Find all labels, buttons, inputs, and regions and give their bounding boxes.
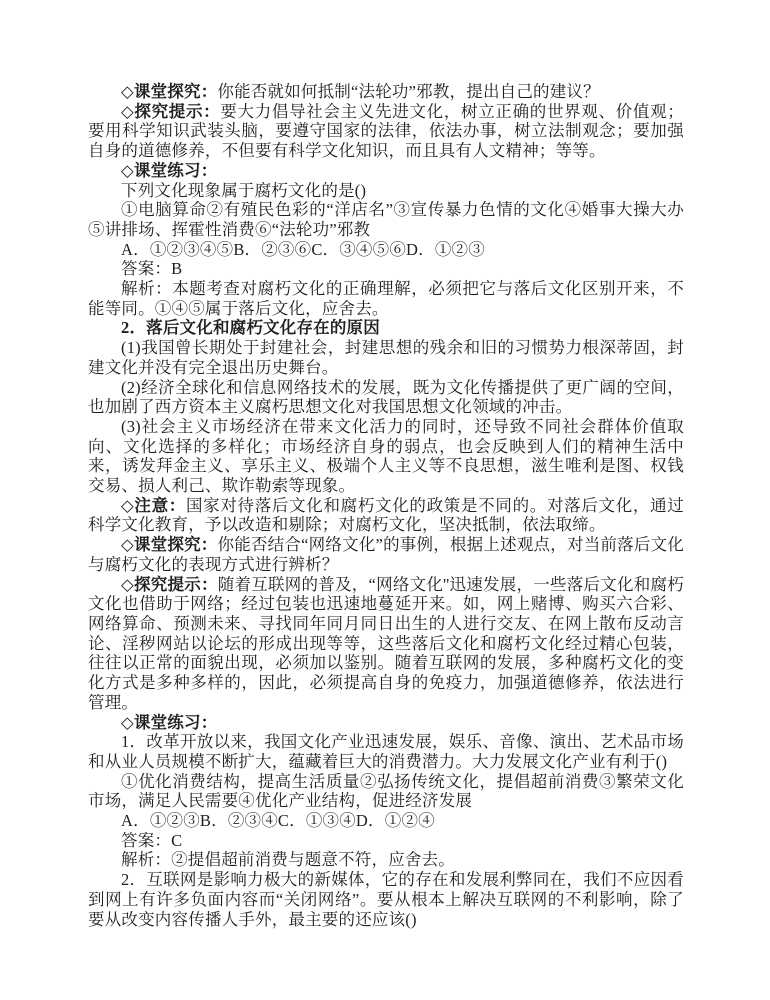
- paragraph: A．①②③④⑤B．②③⑥C．③④⑤⑥D．①②③: [88, 240, 684, 260]
- paragraph-text: (2)经济全球化和信息网络技术的发展，既为文化传播提供了更广阔的空间，也加剧了西…: [88, 378, 684, 417]
- section-heading: 2．落后文化和腐朽文化存在的原因: [88, 318, 684, 338]
- paragraph: ◇探究提示：要大力倡导社会主义先进文化，树立正确的世界观、价值观；要用科学知识武…: [88, 102, 684, 161]
- paragraph: ①优化消费结构，提高生活质量②弘扬传统文化，提倡超前消费③繁荣文化市场，满足人民…: [88, 772, 684, 811]
- document-page: ◇课堂探究：你能否就如何抵制“法轮功”邪教，提出自己的建议？◇探究提示：要大力倡…: [0, 0, 770, 1000]
- paragraph: ◇课堂探究：你能否结合“网络文化”的事例，根据上述观点，对当前落后文化与腐朽文化…: [88, 535, 684, 574]
- paragraph: (3)社会主义市场经济在带来文化活力的同时，还导致不同社会群体价值取向、文化选择…: [88, 417, 684, 496]
- document-body: ◇课堂探究：你能否就如何抵制“法轮功”邪教，提出自己的建议？◇探究提示：要大力倡…: [88, 82, 684, 929]
- paragraph: ◇课堂探究：你能否就如何抵制“法轮功”邪教，提出自己的建议？: [88, 82, 684, 102]
- paragraph-text: 2．落后文化和腐朽文化存在的原因: [121, 318, 380, 337]
- paragraph-text: ◇课堂练习：: [121, 161, 217, 180]
- paragraph: ◇注意：国家对待落后文化和腐朽文化的政策是不同的。对落后文化，通过科学文化教育，…: [88, 496, 684, 535]
- paragraph-text: 解析：②提倡超前消费与题意不符，应舍去。: [121, 850, 455, 869]
- paragraph-text: 答案：C: [121, 831, 182, 850]
- paragraph-text: (3)社会主义市场经济在带来文化活力的同时，还导致不同社会群体价值取向、文化选择…: [88, 417, 684, 495]
- paragraph: 答案：B: [88, 259, 684, 279]
- paragraph-text: 随着互联网的普及，“网络文化''迅速发展，一些落后文化和腐朽文化也借助于网络；经…: [88, 575, 684, 712]
- paragraph-text: A．①②③B．②③④C．①③④D．①②④: [121, 811, 435, 830]
- paragraph-text: (1)我国曾长期处于封建社会，封建思想的残余和旧的习惯势力根深蒂固，封建文化并没…: [88, 338, 684, 377]
- section-heading: ◇课堂练习：: [88, 713, 684, 733]
- paragraph-label: ◇课堂探究：: [121, 535, 218, 554]
- paragraph-label: ◇探究提示：: [121, 102, 220, 121]
- section-heading: ◇课堂练习：: [88, 161, 684, 181]
- paragraph: 解析：②提倡超前消费与题意不符，应舍去。: [88, 850, 684, 870]
- paragraph-text: 1．改革开放以来，我国文化产业迅速发展，娱乐、音像、演出、艺术品市场和从业人员规…: [88, 732, 684, 771]
- paragraph: 2．互联网是影响力极大的新媒体，它的存在和发展利弊同在，我们不应因看到网上有许多…: [88, 870, 684, 929]
- paragraph-text: 你能否就如何抵制“法轮功”邪教，提出自己的建议？: [217, 82, 599, 101]
- paragraph-text: A．①②③④⑤B．②③⑥C．③④⑤⑥D．①②③: [121, 240, 485, 259]
- paragraph: 答案：C: [88, 831, 684, 851]
- paragraph-text: ①优化消费结构，提高生活质量②弘扬传统文化，提倡超前消费③繁荣文化市场，满足人民…: [88, 772, 684, 811]
- paragraph-text: 答案：B: [121, 259, 182, 278]
- paragraph-text: ①电脑算命②有殖民色彩的“洋店名”③宣传暴力色情的文化④婚事大操大办⑤讲排场、挥…: [88, 200, 684, 239]
- paragraph: (1)我国曾长期处于封建社会，封建思想的残余和旧的习惯势力根深蒂固，封建文化并没…: [88, 338, 684, 377]
- paragraph-label: ◇课堂探究：: [121, 82, 217, 101]
- paragraph-text: 2．互联网是影响力极大的新媒体，它的存在和发展利弊同在，我们不应因看到网上有许多…: [88, 870, 684, 928]
- paragraph: A．①②③B．②③④C．①③④D．①②④: [88, 811, 684, 831]
- paragraph: ①电脑算命②有殖民色彩的“洋店名”③宣传暴力色情的文化④婚事大操大办⑤讲排场、挥…: [88, 200, 684, 239]
- paragraph: 解析：本题考查对腐朽文化的正确理解，必须把它与落后文化区别开来，不能等同。①④⑤…: [88, 279, 684, 318]
- paragraph: (2)经济全球化和信息网络技术的发展，既为文化传播提供了更广阔的空间，也加剧了西…: [88, 378, 684, 417]
- paragraph: 1．改革开放以来，我国文化产业迅速发展，娱乐、音像、演出、艺术品市场和从业人员规…: [88, 732, 684, 771]
- paragraph: 下列文化现象属于腐朽文化的是(): [88, 181, 684, 201]
- paragraph-label: ◇注意：: [121, 496, 186, 515]
- paragraph-text: ◇课堂练习：: [121, 713, 217, 732]
- paragraph-text: 下列文化现象属于腐朽文化的是(): [121, 181, 366, 200]
- paragraph: ◇探究提示：随着互联网的普及，“网络文化''迅速发展，一些落后文化和腐朽文化也借…: [88, 575, 684, 713]
- paragraph-text: 解析：本题考查对腐朽文化的正确理解，必须把它与落后文化区别开来，不能等同。①④⑤…: [88, 279, 684, 318]
- paragraph-label: ◇探究提示：: [121, 575, 218, 594]
